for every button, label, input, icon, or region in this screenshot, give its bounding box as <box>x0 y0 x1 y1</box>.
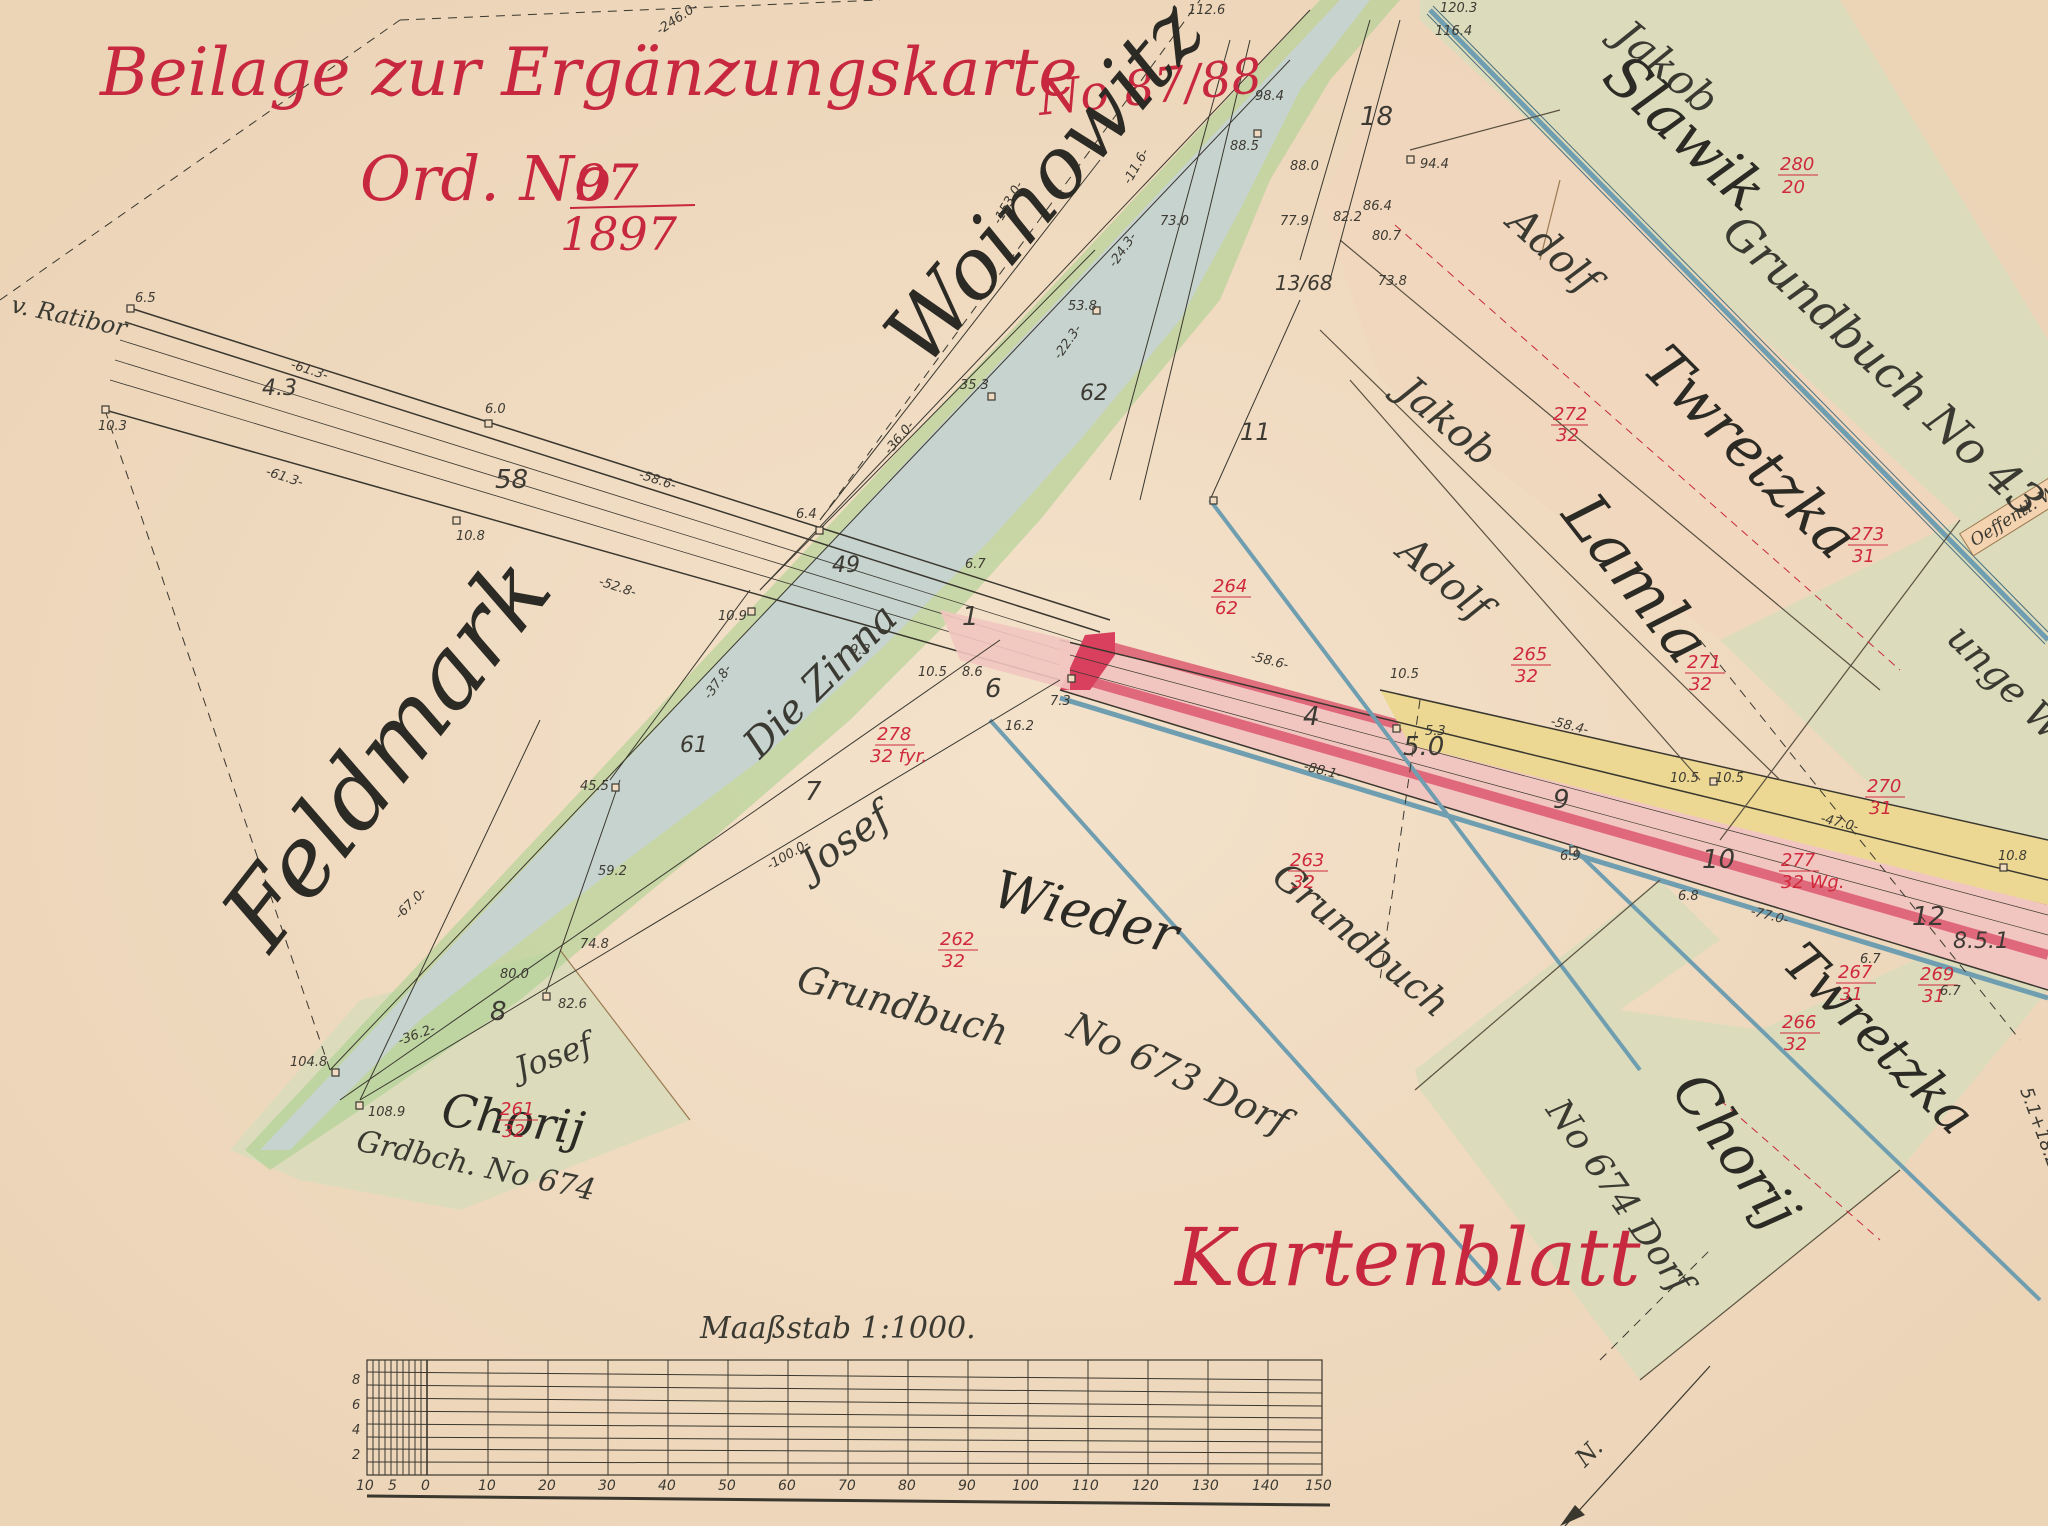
svg-text:116.4: 116.4 <box>1435 24 1472 39</box>
svg-text:10.3: 10.3 <box>98 419 127 434</box>
svg-text:11: 11 <box>1240 418 1271 446</box>
svg-text:32: 32 <box>942 951 965 972</box>
svg-text:6.8: 6.8 <box>1678 889 1699 904</box>
svg-text:4: 4 <box>1303 702 1320 732</box>
svg-text:10.5: 10.5 <box>1715 771 1744 786</box>
svg-text:6.7: 6.7 <box>1940 984 1961 999</box>
svg-text:82.6: 82.6 <box>558 997 587 1012</box>
svg-text:140: 140 <box>1252 1478 1279 1494</box>
svg-text:264: 264 <box>1213 576 1247 597</box>
svg-text:70: 70 <box>838 1478 856 1494</box>
svg-text:278: 278 <box>877 724 911 745</box>
svg-text:60: 60 <box>778 1478 796 1494</box>
svg-text:8: 8 <box>490 997 507 1027</box>
svg-text:20: 20 <box>538 1478 556 1494</box>
svg-text:50: 50 <box>718 1478 736 1494</box>
svg-text:1: 1 <box>962 602 979 632</box>
svg-text:32 Wg.: 32 Wg. <box>1781 872 1845 893</box>
svg-text:270: 270 <box>1867 776 1901 797</box>
ord-label: Ord. No <box>360 142 611 215</box>
svg-text:263: 263 <box>1290 850 1324 871</box>
svg-text:4.3: 4.3 <box>262 376 297 401</box>
ord-year: 1897 <box>560 207 678 261</box>
svg-text:62: 62 <box>1080 381 1108 406</box>
svg-text:100: 100 <box>1012 1478 1039 1494</box>
svg-text:32: 32 <box>1515 666 1538 687</box>
svg-text:58: 58 <box>495 465 528 495</box>
svg-text:112.6: 112.6 <box>1188 3 1225 18</box>
svg-text:32: 32 <box>1556 425 1579 446</box>
svg-text:31: 31 <box>1852 546 1875 567</box>
svg-text:6: 6 <box>985 674 1002 704</box>
svg-text:272: 272 <box>1553 404 1587 425</box>
svg-text:6.9: 6.9 <box>1560 849 1581 864</box>
svg-text:74.8: 74.8 <box>580 937 609 952</box>
svg-text:120: 120 <box>1132 1478 1159 1494</box>
svg-text:10: 10 <box>478 1478 496 1494</box>
svg-text:120.3: 120.3 <box>1440 1 1477 16</box>
svg-text:269: 269 <box>1920 964 1954 985</box>
svg-text:94.4: 94.4 <box>1420 157 1449 172</box>
svg-text:8.5.1: 8.5.1 <box>1953 929 2009 954</box>
title-line1: Beilage zur Ergänzungskarte <box>99 34 1077 111</box>
svg-text:9: 9 <box>1553 785 1570 815</box>
svg-text:10.8: 10.8 <box>456 529 485 544</box>
svg-text:12: 12 <box>1912 902 1945 932</box>
svg-text:273: 273 <box>1850 524 1884 545</box>
svg-text:8: 8 <box>352 1373 360 1388</box>
svg-text:77.9: 77.9 <box>1280 214 1309 229</box>
svg-text:10: 10 <box>1702 845 1735 875</box>
svg-text:90: 90 <box>958 1478 976 1494</box>
svg-text:5.3: 5.3 <box>1425 724 1446 739</box>
svg-text:88.0: 88.0 <box>1290 159 1319 174</box>
svg-text:6: 6 <box>352 1398 360 1413</box>
svg-text:2: 2 <box>352 1448 360 1463</box>
svg-text:110: 110 <box>1072 1478 1099 1494</box>
svg-text:18: 18 <box>1360 102 1393 132</box>
svg-text:7: 7 <box>805 777 822 807</box>
svg-text:10: 10 <box>356 1478 374 1494</box>
svg-text:59.2: 59.2 <box>598 864 627 879</box>
svg-text:277: 277 <box>1781 850 1816 871</box>
svg-text:9.3: 9.3 <box>850 643 871 658</box>
svg-text:88.5: 88.5 <box>1230 139 1259 154</box>
svg-text:32: 32 <box>502 1121 525 1142</box>
cadastral-map: Beilage zur Ergänzungskarte No 87/88 Ord… <box>0 0 2048 1526</box>
svg-text:80.7: 80.7 <box>1372 229 1402 244</box>
svg-text:265: 265 <box>1513 644 1547 665</box>
svg-text:6.0: 6.0 <box>485 402 506 417</box>
svg-text:10.9: 10.9 <box>718 609 747 624</box>
svg-text:4: 4 <box>352 1423 360 1438</box>
svg-text:32: 32 <box>1784 1034 1807 1055</box>
svg-text:30: 30 <box>598 1478 616 1494</box>
svg-text:32: 32 <box>1689 674 1712 695</box>
svg-text:73.8: 73.8 <box>1378 274 1407 289</box>
svg-text:35.3: 35.3 <box>960 378 989 393</box>
label-kartenblatt: Kartenblatt <box>1173 1211 1641 1304</box>
svg-text:108.9: 108.9 <box>368 1105 405 1120</box>
svg-text:31: 31 <box>1840 984 1863 1005</box>
svg-text:266: 266 <box>1782 1012 1816 1033</box>
svg-text:98.4: 98.4 <box>1255 89 1284 104</box>
svg-text:10.5: 10.5 <box>1670 771 1699 786</box>
scale-title: Maaßstab 1:1000. <box>699 1311 976 1346</box>
svg-text:61: 61 <box>680 733 708 758</box>
svg-text:49: 49 <box>832 553 860 578</box>
svg-text:6.5: 6.5 <box>135 291 156 306</box>
svg-text:13/68: 13/68 <box>1275 271 1333 295</box>
svg-text:32 fyr.: 32 fyr. <box>870 746 927 767</box>
svg-text:8.6: 8.6 <box>962 665 983 680</box>
svg-text:150: 150 <box>1305 1478 1332 1494</box>
svg-text:86.4: 86.4 <box>1363 199 1392 214</box>
svg-text:130: 130 <box>1192 1478 1219 1494</box>
svg-text:40: 40 <box>658 1478 676 1494</box>
ord-number: 97 <box>575 154 639 212</box>
svg-text:6.7: 6.7 <box>965 557 986 572</box>
svg-text:0: 0 <box>421 1478 430 1494</box>
svg-text:262: 262 <box>940 929 974 950</box>
svg-text:73.0: 73.0 <box>1160 214 1189 229</box>
svg-text:7.3: 7.3 <box>1050 694 1071 709</box>
svg-text:261: 261 <box>500 1099 534 1120</box>
svg-text:31: 31 <box>1869 798 1892 819</box>
svg-text:104.8: 104.8 <box>290 1055 327 1070</box>
svg-text:6.7: 6.7 <box>1860 952 1881 967</box>
svg-text:82.2: 82.2 <box>1333 210 1362 225</box>
svg-text:10.5: 10.5 <box>1390 667 1419 682</box>
svg-text:271: 271 <box>1687 652 1721 673</box>
svg-text:32: 32 <box>1292 872 1315 893</box>
svg-text:80: 80 <box>898 1478 916 1494</box>
svg-text:45.5: 45.5 <box>580 779 609 794</box>
svg-text:16.2: 16.2 <box>1005 719 1034 734</box>
svg-text:10.5: 10.5 <box>918 665 947 680</box>
svg-text:6.4: 6.4 <box>796 507 817 522</box>
svg-text:80.0: 80.0 <box>500 967 529 982</box>
svg-text:280: 280 <box>1780 154 1814 175</box>
svg-text:5: 5 <box>388 1478 397 1494</box>
svg-text:53.8: 53.8 <box>1068 299 1097 314</box>
svg-text:20: 20 <box>1782 177 1805 198</box>
svg-text:10.8: 10.8 <box>1998 849 2027 864</box>
svg-text:62: 62 <box>1215 598 1238 619</box>
